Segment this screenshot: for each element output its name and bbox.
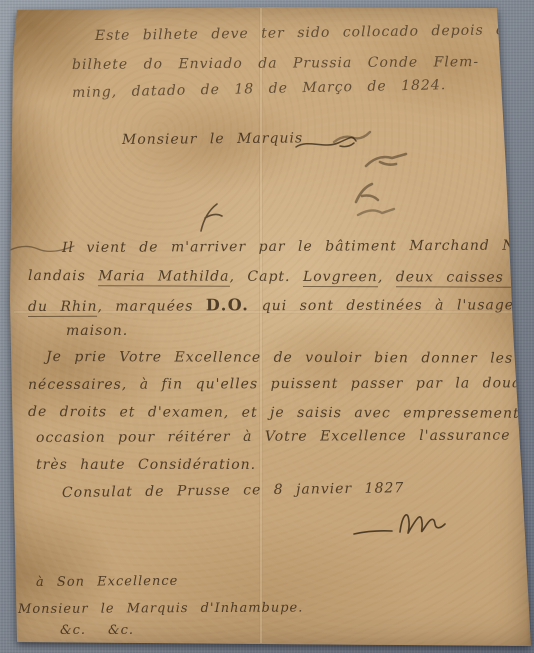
- etc-abbrev: &c.: [108, 623, 134, 638]
- etc-abbrev: &c.: [60, 623, 86, 638]
- cask-mark-label: D.O.: [206, 295, 250, 314]
- salutation: Monsieur le Marquis: [122, 130, 303, 148]
- letter-paper: Este bilhete deve ter sido collocado dep…: [0, 0, 534, 653]
- underlined-cargo: deux caisses de vin: [396, 269, 534, 288]
- letter-body-line: très haute Considération.: [36, 457, 256, 473]
- letter-body-line: du Rhin, marquées D.O. qui sont destinée…: [28, 294, 534, 315]
- letter-body-line: occasion pour réitérer à Votre Excellenc…: [36, 427, 534, 446]
- archival-note-line: bilhete do Enviado da Prussia Conde Flem…: [72, 54, 479, 73]
- underlined-captain-name: Lovgreen: [303, 269, 378, 287]
- text-segment: ,: [378, 269, 396, 285]
- fold-crease-vertical: [259, 8, 263, 643]
- text-segment: landais: [28, 268, 98, 284]
- ink-smudge-icon: [332, 128, 374, 146]
- underlined-ship-name: Maria Mathilda: [98, 268, 229, 286]
- text-segment: qui sont destinées à l'usage de ma: [249, 297, 534, 314]
- text-segment: , Capt.: [229, 269, 303, 285]
- letter-body-line: Je prie Votre Excellence de vouloir bien…: [46, 349, 534, 367]
- letter-paper-shadow: Este bilhete deve ter sido collocado dep…: [0, 0, 534, 653]
- letter-body-line: maison.: [66, 323, 128, 339]
- text-segment: Il vient de m'arriver par le bâtiment Ma…: [62, 237, 534, 256]
- address-line: Monsieur le Marquis d'Inhambupe.: [18, 601, 303, 617]
- separator-squiggle-icon: [194, 192, 228, 234]
- letter-body-line: de droits et d'examen, et je saisis avec…: [28, 404, 534, 422]
- photo-background: Este bilhete deve ter sido collocado dep…: [0, 0, 534, 653]
- address-line: à Son Excellence: [36, 574, 178, 590]
- ink-smudge-icon: [356, 202, 398, 220]
- letter-body-line: nécessaires, à fin qu'elles puissent pas…: [28, 375, 534, 393]
- text-segment: , marquées: [97, 298, 205, 314]
- underlined-cargo: du Rhin: [28, 299, 98, 317]
- address-etc: &c.&c.: [60, 623, 134, 638]
- ink-smudge-icon: [362, 148, 410, 172]
- letter-body-line: landais Maria Mathilda, Capt. Lovgreen, …: [28, 268, 534, 286]
- text-segment: maison.: [66, 323, 128, 339]
- signature-flourish-icon: [352, 500, 464, 542]
- letter-body-line: Il vient de m'arriver par le bâtiment Ma…: [62, 237, 534, 256]
